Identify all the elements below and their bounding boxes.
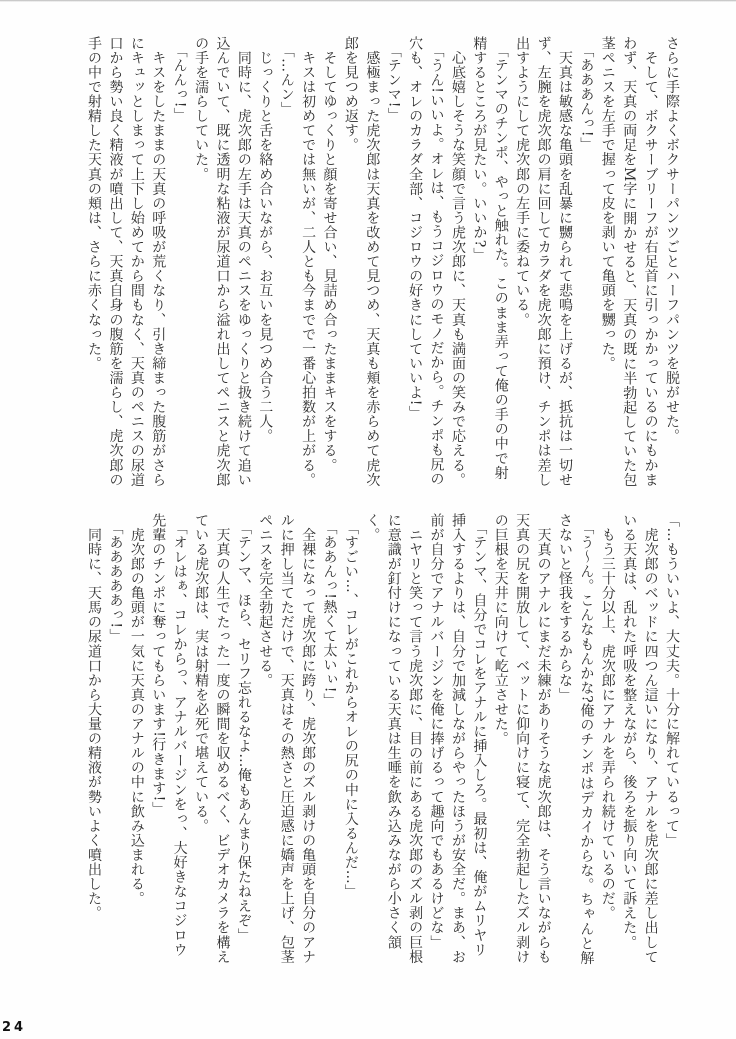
paragraph: 「うん!いいよ。オレは、もうコジロウのモノだから。チンポも尻の穴も、オレのカラダ… — [404, 36, 447, 491]
paragraph: 「テンマ!」 — [382, 36, 403, 491]
text-block-top: さらに手際よくボクサーパンツごとハーフパンツを脱がせた。 そして、ボクサーブリー… — [83, 36, 682, 491]
text-block-bottom: 「…もういいよ、大丈夫。十分に解れているって」 虎次郎のベッドに四つん這いになり… — [83, 513, 682, 968]
paragraph: 「んんっ!」 — [168, 36, 189, 491]
paragraph: 「う〜ん。こんなもんかな?俺のチンポはデカイからな。ちゃんと解さないと怪我をする… — [554, 513, 597, 968]
paragraph: 天真の人生でたった一度の瞬間を収めるべく、ビデオカメラを構えている虎次郎は、実は… — [190, 513, 233, 968]
paragraph: 天真のアナルにまだ未練がありそうな虎次郎は、そう言いながらも天真の尻を開放して、… — [489, 513, 553, 968]
paragraph: 「ああんっ!熱くて太いぃ!」 — [318, 513, 339, 968]
paragraph: 「テンマのチンポ、やっと触れた。このまま弄って俺の手の中で射精するところが見たい… — [468, 36, 511, 491]
paragraph: 「テンマ、自分でコレをアナルに挿入しろ。最初は、俺がムリヤリ挿入するよりは、自分… — [425, 513, 489, 968]
paragraph: 同時に、虎次郎の左手は天真のペニスをゆっくりと扱き続けて追い込んでいて、既に透明… — [190, 36, 254, 491]
paragraph: そしてゆっくりと顔を寄せ合い、見詰め合ったままキスをする。 — [318, 36, 339, 491]
paragraph: 「…もういいよ、大丈夫。十分に解れているって」 — [661, 513, 682, 968]
paragraph: 「…んン」 — [275, 36, 296, 491]
paragraph: 「オレはぁ、コレからっ、アナルバージンをっ、大好きなコジロウ先輩のチンポに奪って… — [147, 513, 190, 968]
paragraph: 「テンマ、ほら、セリフ忘れるなよ…俺もあんまり保たねえぞ」 — [232, 513, 253, 968]
paragraph: 「あああんっ!」 — [575, 36, 596, 491]
paragraph: そして、ボクサーブリーフが右足首に引っかかっているのにもかまわず、天真の両足をM… — [596, 36, 660, 491]
paragraph: 全裸になって虎次郎に跨り、虎次郎のズル剥けの亀頭を自分のアナルに押し当てただけで… — [254, 513, 318, 968]
paragraph: さらに手際よくボクサーパンツごとハーフパンツを脱がせた。 — [661, 36, 682, 491]
scan-edge-artifact — [0, 0, 736, 2]
paragraph: ニヤリと笑って言う虎次郎に、目の前にある虎次郎のズル剥の巨根に意識が釘付けになっ… — [361, 513, 425, 968]
paragraph: 天真は敏感な亀頭を乱暴に嬲られて悲鳴を上げるが、抵抗は一切せず、左腕を虎次郎の肩… — [511, 36, 575, 491]
paragraph: じっくりと舌を絡め合いながら、お互いを見つめ合う二人。 — [254, 36, 275, 491]
paragraph: もう三十分以上、虎次郎にアナルを弄られ続けているのだ。 — [596, 513, 617, 968]
scanned-novel-page: さらに手際よくボクサーパンツごとハーフパンツを脱がせた。 そして、ボクサーブリー… — [0, 0, 736, 1039]
paragraph: 心底嬉しそうな笑顔で言う虎次郎に、天真も満面の笑みで応える。 — [447, 36, 468, 491]
paragraph: キスをしたままの天真の呼吸が荒くなり、引き締まった腹筋がさらにキュッとしまって上… — [83, 36, 169, 491]
paragraph: 「すごい…、コレがこれからオレの尻の中に入るんだ…」 — [340, 513, 361, 968]
paragraph: 感極まった虎次郎は天真を改めて見つめ、天真も頬を赤らめて虎次郎を見つめ返す。 — [340, 36, 383, 491]
paragraph: 虎次郎の亀頭が一気に天真のアナルの中に飲み込まれる。 — [125, 513, 146, 968]
paragraph: 虎次郎のベッドに四つん這いになり、アナルを虎次郎に差し出している天真は、乱れた呼… — [618, 513, 661, 968]
page-number: 24 — [2, 1020, 26, 1035]
paragraph: キスは初めてでは無いが、二人とも今までで一番心拍数が上がる。 — [297, 36, 318, 491]
paragraph: 「あああああっ!」 — [104, 513, 125, 968]
paragraph: 同時に、天馬の尿道口から大量の精液が勢いよく噴出した。 — [83, 513, 104, 968]
